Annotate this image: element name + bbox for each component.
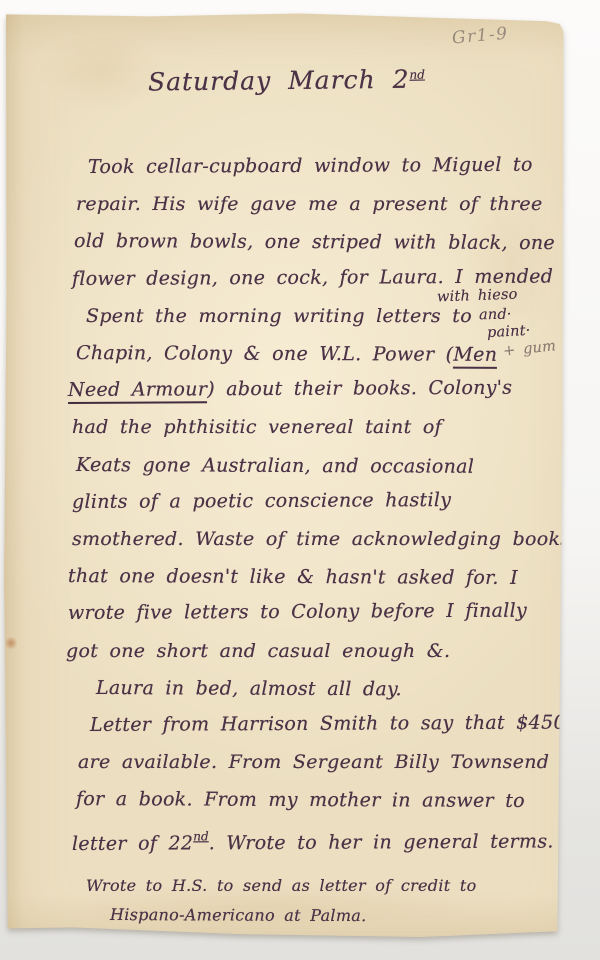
manuscript-line: Wrote to H.S. to send as letter of credi…	[86, 871, 600, 900]
manuscript-line: Letter from Harrison Smith to say that $…	[90, 704, 600, 744]
manuscript-line: for a book. From my mother in answer to	[76, 781, 600, 820]
manuscript-line: letter of 22nd. Wrote to her in general …	[72, 816, 600, 863]
manuscript-line: flower design, one cock, for Laura. I me…	[72, 258, 600, 298]
manuscript-line: Took cellar-cupboard window to Miguel to	[88, 146, 600, 186]
manuscript-line: Keats gone Australian, and occasional	[76, 447, 600, 486]
manuscript-line: old brown bowls, one striped with black,…	[74, 223, 600, 262]
manuscript-line: had the phthisitic venereal taint of	[72, 409, 600, 446]
archive-mark: Gr1-9	[451, 24, 509, 49]
manuscript-paper: Gr1-9 Saturday March 2nd with hieso and·…	[0, 0, 600, 960]
line-text: ) about their books. Colony's	[207, 377, 512, 401]
entry-title: Saturday March 2nd	[148, 65, 425, 97]
paper-stain	[36, 32, 166, 112]
date-superscript: nd	[193, 829, 208, 843]
manuscript-line: Spent the morning writing letters to	[86, 298, 600, 335]
manuscript-line: wrote five letters to Colony before I fi…	[68, 593, 600, 633]
manuscript-body: Took cellar-cupboard window to Miguel to…	[0, 149, 600, 929]
scan-background: Gr1-9 Saturday March 2nd with hieso and·…	[0, 0, 600, 960]
line-text: . Wrote to her in general terms.	[209, 830, 554, 854]
manuscript-line: got one short and casual enough &.	[66, 633, 600, 670]
paper-shadow: Gr1-9 Saturday March 2nd with hieso and·…	[0, 0, 600, 960]
book-title-underlined: Need Armour	[68, 378, 207, 404]
manuscript-line: Chapin, Colony & one W.L. Power (Men	[76, 335, 600, 374]
line-text: letter of 22	[72, 832, 193, 855]
entry-title-superscript: nd	[409, 68, 425, 82]
manuscript-line: repair. His wife gave me a present of th…	[76, 186, 600, 223]
manuscript-line: Hispano-Americano at Palma.	[110, 900, 600, 931]
book-title-underlined: Men	[453, 344, 497, 369]
manuscript-line: smothered. Waste of time acknowledging b…	[72, 521, 600, 558]
line-text: Chapin, Colony & one W.L. Power (	[76, 342, 454, 366]
manuscript-line: are available. From Sergeant Billy Towns…	[78, 744, 600, 781]
entry-title-text: Saturday March 2	[148, 65, 410, 97]
manuscript-line: Laura in bed, almost all day.	[96, 670, 600, 709]
manuscript-line: glints of a poetic conscience hastily	[72, 481, 600, 521]
manuscript-line: Need Armour) about their books. Colony's	[68, 369, 600, 409]
